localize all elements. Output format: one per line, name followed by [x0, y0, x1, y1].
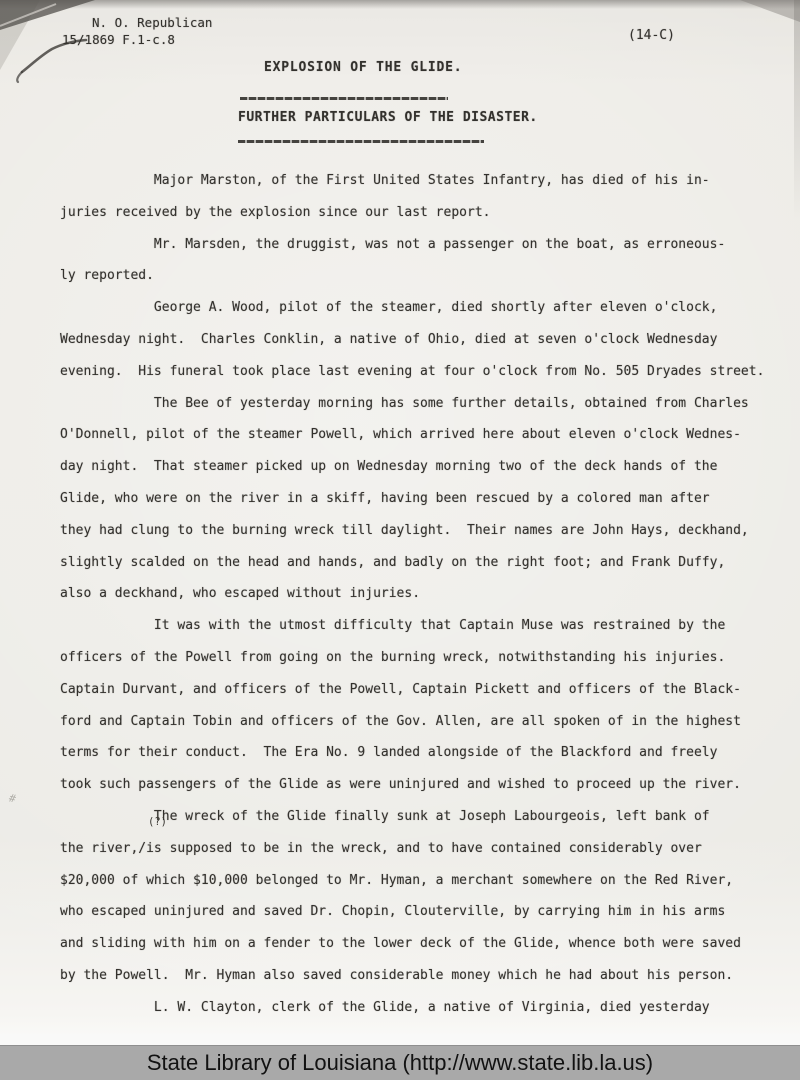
document-line: day night. That steamer picked up on Wed…: [60, 451, 778, 483]
document-line: L. W. Clayton, clerk of the Glide, a nat…: [60, 992, 778, 1024]
library-banner-text: State Library of Louisiana (http://www.s…: [147, 1050, 653, 1076]
headline: EXPLOSION OF THE GLIDE.: [264, 60, 462, 75]
document-line: officers of the Powell from going on the…: [60, 642, 778, 674]
document-line: The Bee of yesterday morning has some fu…: [60, 388, 778, 420]
document-line: O'Donnell, pilot of the steamer Powell, …: [60, 419, 778, 451]
document-line: they had clung to the burning wreck till…: [60, 515, 778, 547]
document-line: by the Powell. Mr. Hyman also saved cons…: [60, 960, 778, 992]
document-line: ford and Captain Tobin and officers of t…: [60, 706, 778, 738]
document-line: the river,/is supposed to be in the wrec…: [60, 833, 778, 865]
document-line: juries received by the explosion since o…: [60, 197, 778, 229]
scanned-page: N. O. Republican 15/1869 F.1-c.8 (14-C) …: [0, 0, 800, 1080]
document-line: George A. Wood, pilot of the steamer, di…: [60, 292, 778, 324]
document-line: It was with the utmost difficulty that C…: [60, 610, 778, 642]
scan-edge-right: [794, 0, 800, 220]
scan-edge-shadow: [0, 0, 800, 9]
subheadline-rule: [238, 140, 484, 143]
document-line: took such passengers of the Glide as wer…: [60, 769, 778, 801]
scan-corner-top-right: [740, 0, 800, 22]
headline-rule: [240, 97, 448, 100]
library-banner: State Library of Louisiana (http://www.s…: [0, 1045, 800, 1080]
source-citation-date: 15/1869 F.1-c.8: [62, 31, 212, 48]
paper-sheet: N. O. Republican 15/1869 F.1-c.8 (14-C) …: [0, 0, 800, 1046]
document-line: evening. His funeral took place last eve…: [60, 356, 778, 388]
document-line: who escaped uninjured and saved Dr. Chop…: [60, 896, 778, 928]
document-line: The wreck of the Glide finally sunk at J…: [60, 801, 778, 833]
source-citation-title: N. O. Republican: [92, 14, 212, 31]
document-line: Glide, who were on the river in a skiff,…: [60, 483, 778, 515]
margin-mark: #: [8, 791, 17, 805]
source-citation: N. O. Republican 15/1869 F.1-c.8: [92, 14, 212, 48]
document-line: ly reported.: [60, 260, 778, 292]
document-line: Mr. Marsden, the druggist, was not a pas…: [60, 229, 778, 261]
document-body: Major Marston, of the First United State…: [60, 165, 778, 1024]
document-line: Major Marston, of the First United State…: [60, 165, 778, 197]
document-line: slightly scalded on the head and hands, …: [60, 547, 778, 579]
folded-corner: [0, 0, 95, 30]
document-line: Captain Durvant, and officers of the Pow…: [60, 674, 778, 706]
document-line: Wednesday night. Charles Conklin, a nati…: [60, 324, 778, 356]
document-line: $20,000 of which $10,000 belonged to Mr.…: [60, 865, 778, 897]
document-line: and sliding with him on a fender to the …: [60, 928, 778, 960]
document-line: terms for their conduct. The Era No. 9 l…: [60, 737, 778, 769]
document-line: also a deckhand, who escaped without inj…: [60, 578, 778, 610]
page-code: (14-C): [628, 28, 675, 43]
subheadline: FURTHER PARTICULARS OF THE DISASTER.: [238, 110, 538, 125]
query-annotation: (?): [148, 816, 167, 828]
